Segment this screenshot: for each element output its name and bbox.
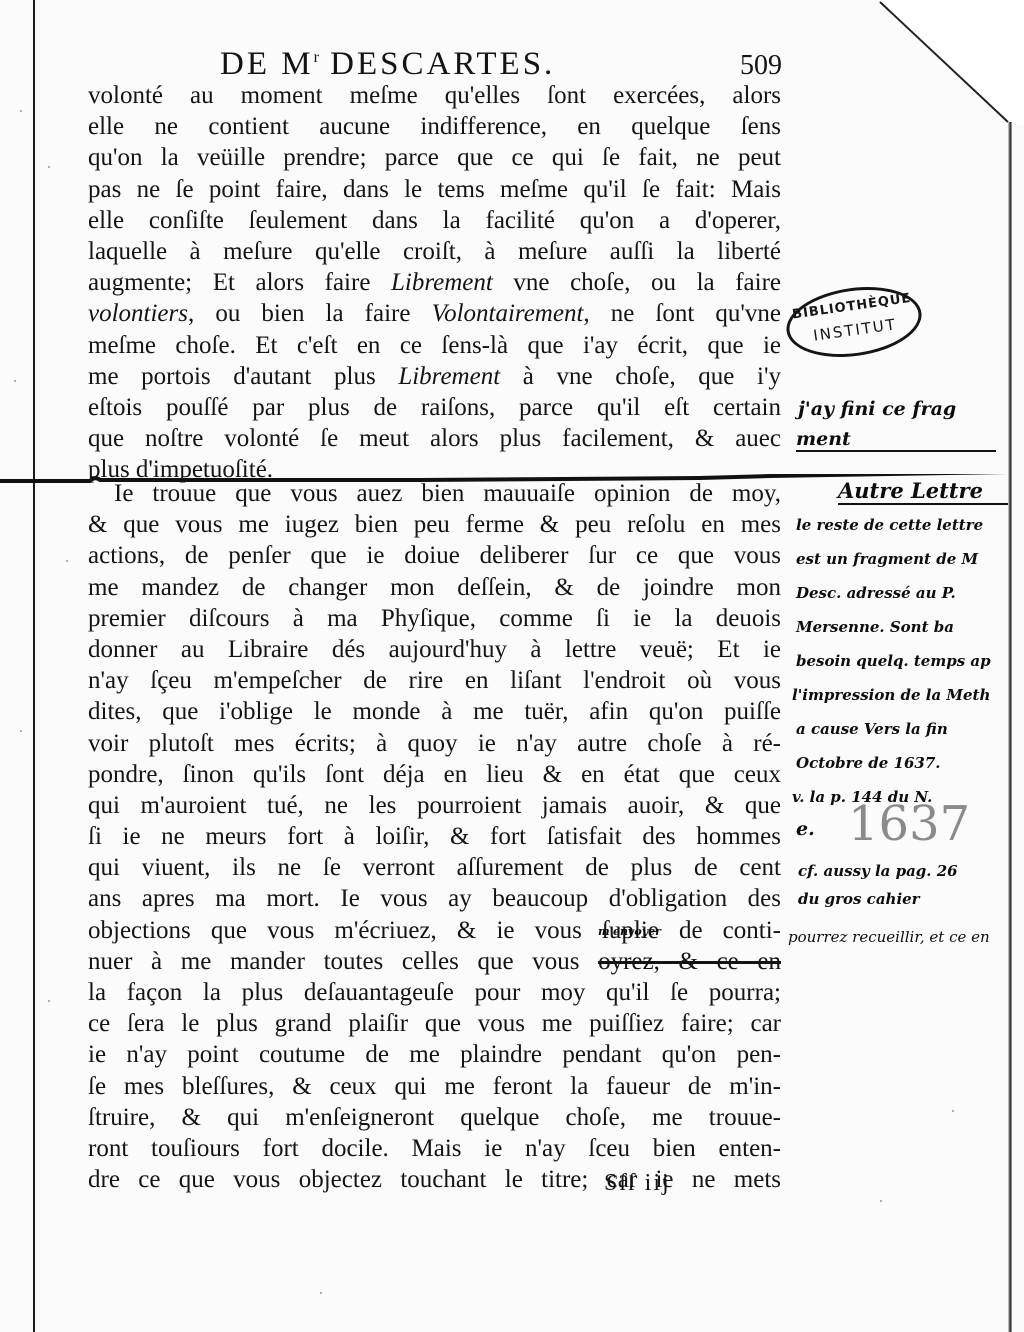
- scan-speck: [880, 1200, 882, 1202]
- pencil-year-annotation: 1637: [848, 796, 970, 852]
- new-letter: Ie trouue que vous auez bien mauuaiſe op…: [88, 478, 781, 1195]
- scan-speck: [48, 1000, 50, 1002]
- text-line: augmente; Et alors faire Librement vne c…: [88, 267, 781, 298]
- text-line: actions, de penſer que ie doiue delibere…: [88, 540, 781, 571]
- italic-term: Librement: [391, 269, 493, 296]
- scan-speck: [952, 1110, 954, 1112]
- text-line: elle ne contient aucune indifference, en…: [88, 111, 781, 142]
- margin-note-line: est un fragment de M: [796, 550, 978, 568]
- italic-term: Librement: [398, 363, 500, 390]
- text-line: elle conſiſte ſeulement dans la facilité…: [88, 205, 781, 236]
- text-line: n'ay ſçeu m'empeſcher de rire en liſant …: [88, 665, 781, 696]
- margin-note-line: du gros cahier: [798, 890, 920, 908]
- text-line: pondre, ſinon qu'ils ſont déja en lieu &…: [88, 759, 781, 790]
- running-title: DE Mr DESCARTES.: [220, 46, 555, 83]
- margin-note-line: besoin quelq. temps ap: [796, 652, 991, 670]
- text-line: qui m'auroient tué, ne les pourroient ja…: [88, 790, 781, 821]
- text-line: qui viuent, ils ne ſe verront aſſurement…: [88, 852, 781, 883]
- text-line: volonté au moment meſme qu'elles ſont ex…: [88, 80, 781, 111]
- text-line: dites, que i'oblige le monde à me tuër, …: [88, 696, 781, 727]
- margin-note-line: Desc. adressé au P.: [796, 584, 956, 602]
- margin-note-line: Mersenne. Sont ba: [796, 618, 954, 636]
- scan-speck: [20, 730, 22, 732]
- text-line: ſtruire, & qui m'enſeigneront quelque ch…: [88, 1102, 781, 1133]
- left-margin-rule: [33, 0, 35, 1332]
- text-line: voir plutoſt mes écrits; à quoy ie n'ay …: [88, 728, 781, 759]
- text-line: ce ſera le plus grand plaiſir que vous m…: [88, 1008, 781, 1039]
- text-line: la façon la plus deſauantageuſe pour moy…: [88, 977, 781, 1008]
- text-line: me portois d'autant plus Librement à vne…: [88, 361, 781, 392]
- text-line: donner au Libraire dés aujourd'huy à let…: [88, 634, 781, 665]
- italic-term: Volontairement: [432, 300, 584, 327]
- margin-note-line: l'impression de la Meth: [792, 686, 990, 704]
- text-line: ſi ie ne meurs fort à loiſir, & fort ſat…: [88, 821, 781, 852]
- signature-mark: Sſſ iij: [604, 1170, 671, 1197]
- italic-term: volontiers: [88, 300, 188, 327]
- text-line: volontiers, ou bien la faire Volontairem…: [88, 298, 781, 329]
- margin-insertion: pourrez recueillir, et ce en: [788, 928, 990, 946]
- margin-note-line: e.: [796, 818, 815, 840]
- margin-note-line: le reste de cette lettre: [796, 516, 983, 534]
- scan-speck: [66, 560, 68, 562]
- text-line: ie n'ay point coutume de me plaindre pen…: [88, 1039, 781, 1070]
- scanned-page: DE Mr DESCARTES. 509 volonté au moment m…: [0, 0, 1024, 1332]
- text-line: Ie trouue que vous auez bien mauuaiſe op…: [88, 478, 781, 509]
- scan-speck: [14, 380, 16, 382]
- text-line: & que vous me iugez bien peu ferme & peu…: [88, 509, 781, 540]
- scan-speck: [20, 110, 22, 112]
- margin-note-line: Octobre de 1637.: [796, 754, 941, 772]
- scan-speck: [48, 166, 50, 168]
- text-line: eſtois pouſſé par plus de raiſons, parce…: [88, 392, 781, 423]
- struck-text: oyrez, & ce en: [598, 948, 781, 975]
- text-line: me mandez de changer mon deſſein, & de j…: [88, 572, 781, 603]
- inline-insertion: m'envoyer: [598, 925, 661, 938]
- margin-note-end-fragment-2: ment: [796, 428, 996, 452]
- text-line: objections que vous m'écriuez, & ie vous…: [88, 915, 781, 946]
- scan-speck: [320, 1292, 322, 1294]
- margin-note-end-fragment: j'ay fini ce frag: [798, 398, 956, 420]
- margin-note-line: cf. aussy la pag. 26: [798, 862, 958, 880]
- text-line: ans apres ma mort. Ie vous ay beaucoup d…: [88, 883, 781, 914]
- text-line: que noſtre volonté ſe meut alors plus fa…: [88, 423, 781, 454]
- text-line: meſme choſe. Et c'eſt en ce ſens-là que …: [88, 330, 781, 361]
- text-line: ront touſiours fort docile. Mais ie n'ay…: [88, 1133, 781, 1164]
- text-line: dre ce que vous objectez touchant le tit…: [88, 1164, 781, 1195]
- text-line: nuer à me mander toutes celles que vous …: [88, 946, 781, 977]
- margin-heading-autre-lettre: Autre Lettre: [838, 478, 1008, 505]
- page-number: 509: [740, 50, 782, 82]
- letter-continuation: volonté au moment meſme qu'elles ſont ex…: [88, 80, 781, 485]
- text-line: premier diſcours à ma Phyſique, comme ſi…: [88, 603, 781, 634]
- text-line: laquelle à meſure qu'elle croiſt, à meſu…: [88, 236, 781, 267]
- margin-note-line: a cause Vers la fin: [796, 720, 948, 738]
- text-line: ſe mes bleſſures, & ceux qui me feront l…: [88, 1071, 781, 1102]
- text-line: pas ne ſe point faire, dans le tems meſm…: [88, 174, 781, 205]
- library-stamp: BIBLIOTHÈQUE INSTITUT: [782, 279, 926, 365]
- text-line: qu'on la veüille prendre; parce que ce q…: [88, 142, 781, 173]
- right-page-edge: [1008, 122, 1012, 1332]
